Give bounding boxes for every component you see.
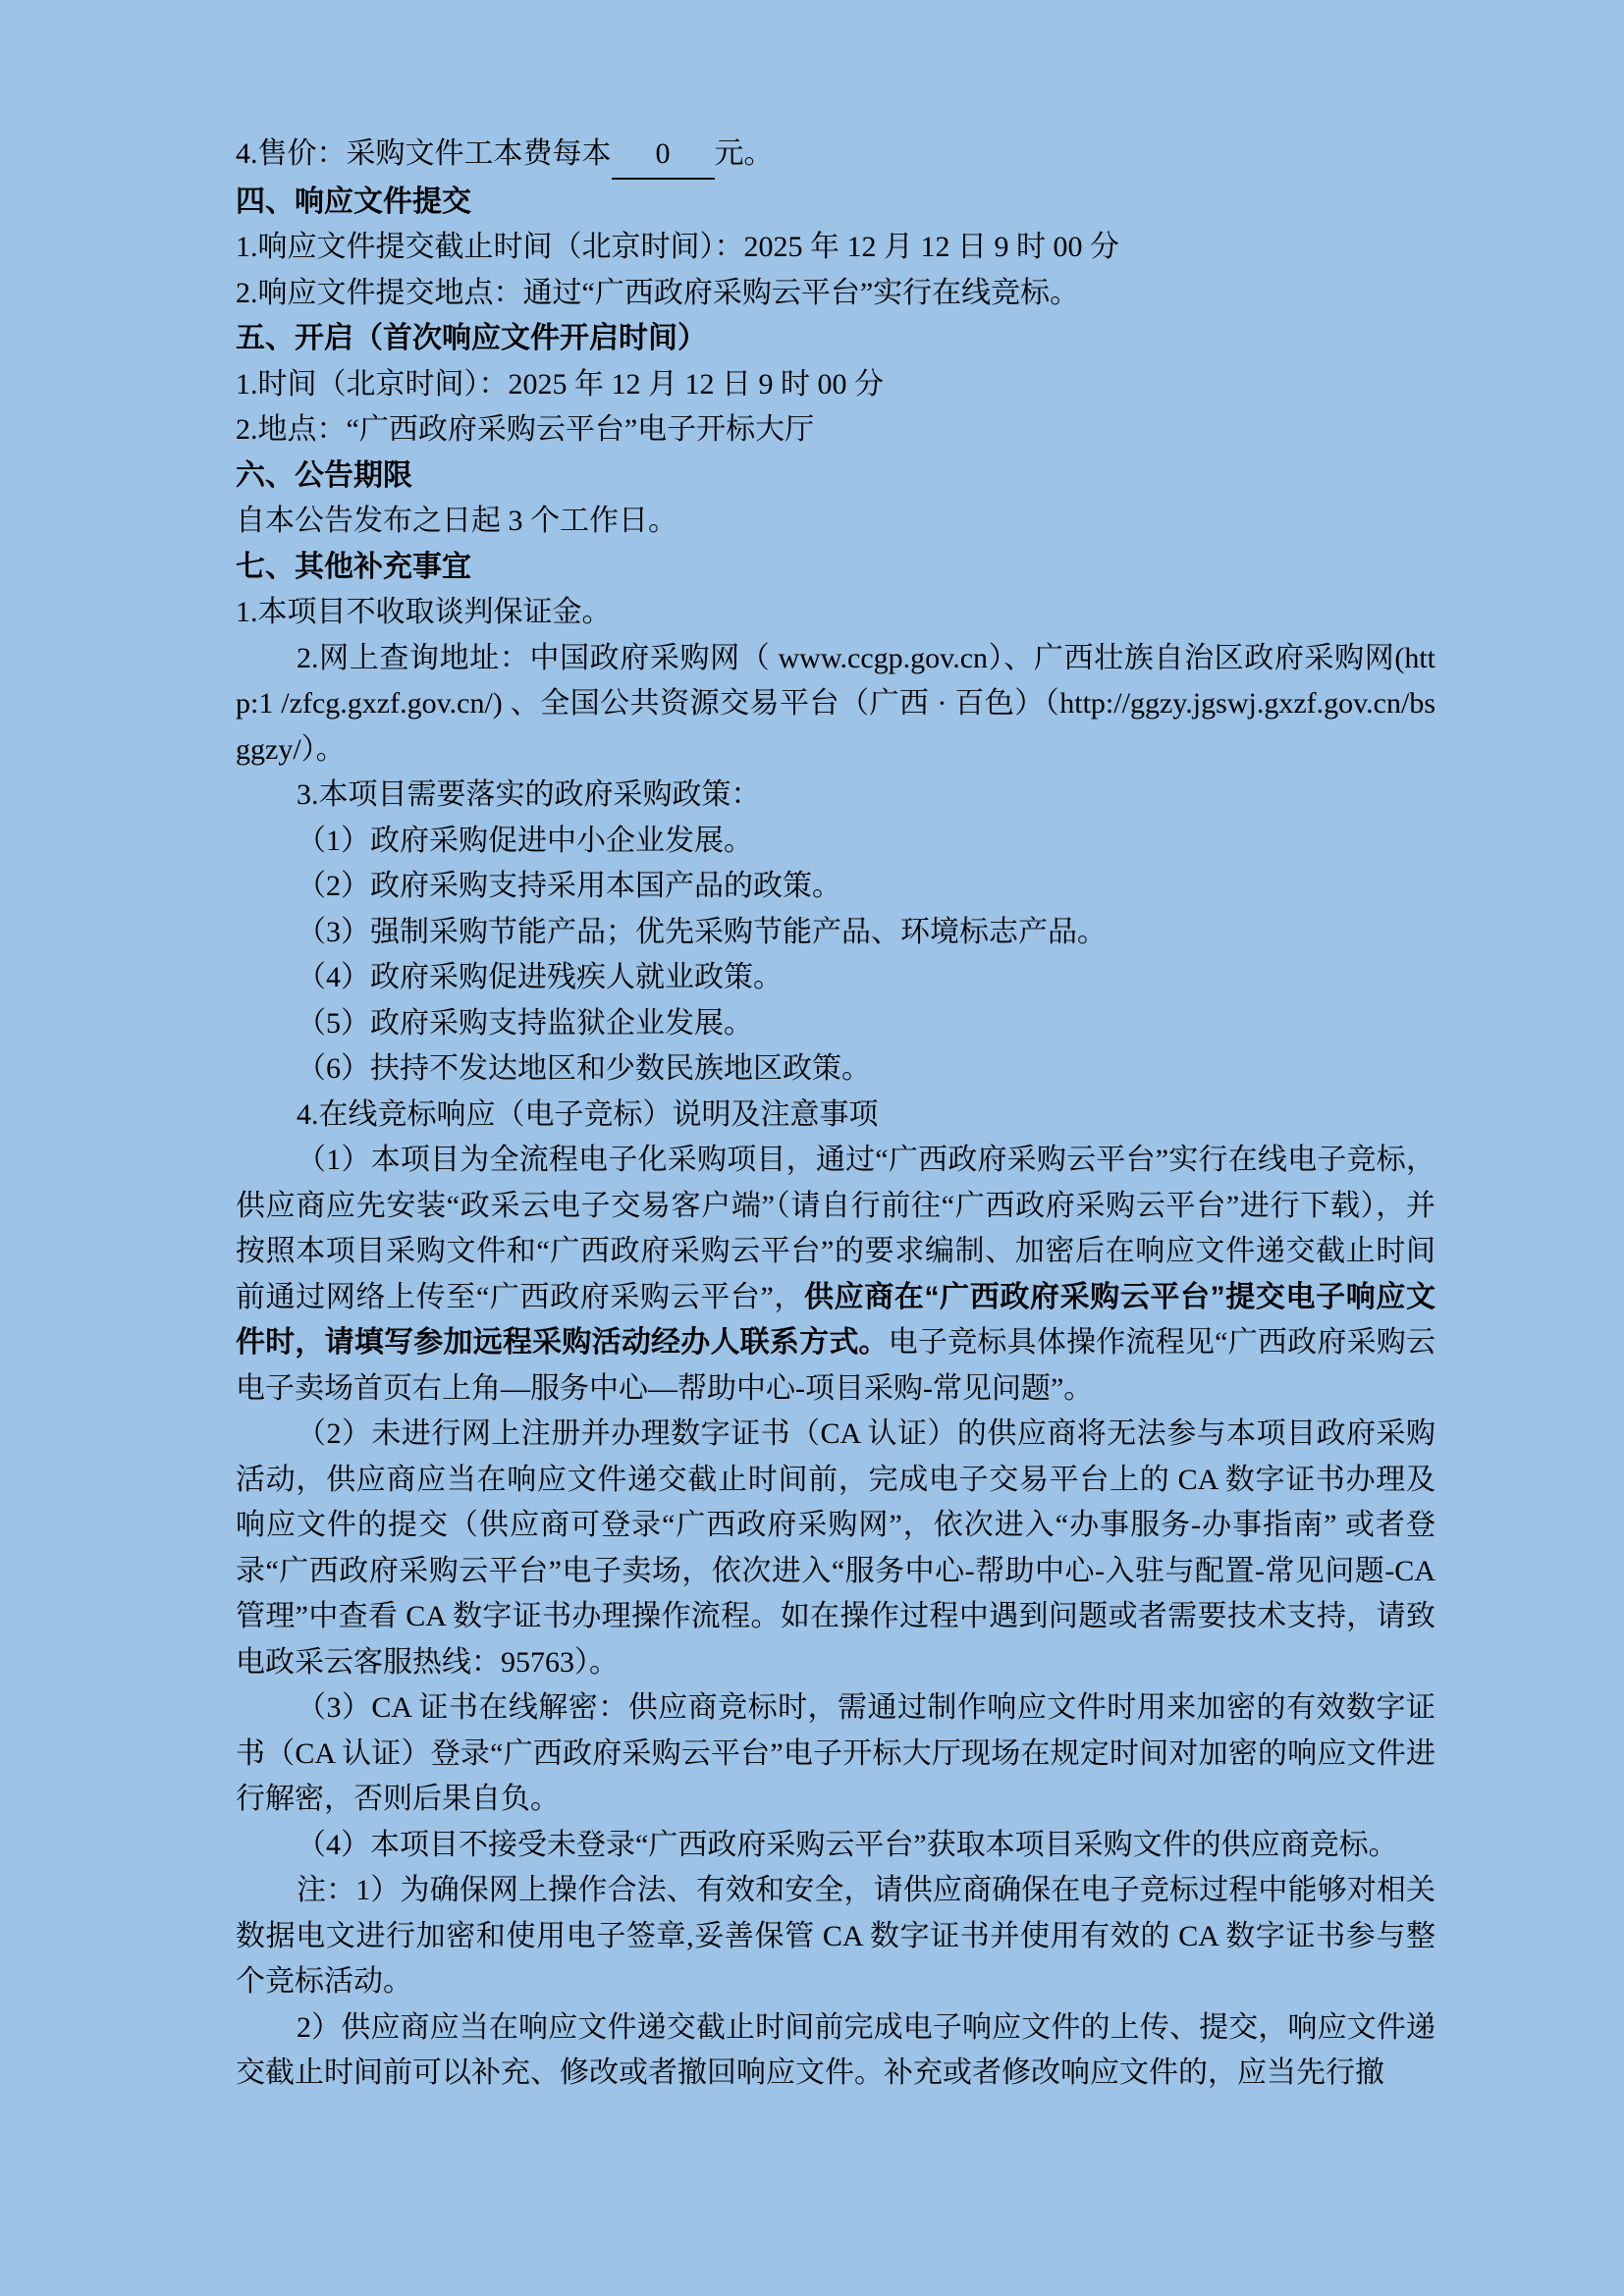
heading-section-4: 四、响应文件提交 xyxy=(236,180,1435,226)
policy-item-1: （1）政府采购促进中小企业发展。 xyxy=(236,819,1435,865)
online-bidding-notes-title: 4.在线竞标响应（电子竞标）说明及注意事项 xyxy=(236,1093,1435,1139)
announcement-period: 自本公告发布之日起 3 个工作日。 xyxy=(236,499,1435,545)
opening-location: 2.地点：“广西政府采购云平台”电子开标大厅 xyxy=(236,407,1435,454)
document-page: { "page": { "background_color": "#9dc3e6… xyxy=(0,0,1624,2296)
note-no-deposit: 1.本项目不收取谈判保证金。 xyxy=(236,590,1435,636)
document-body: 4.售价：采购文件工本费每本0元。 四、响应文件提交 1.响应文件提交截止时间（… xyxy=(236,132,1435,2097)
policy-item-6: （6）扶持不发达地区和少数民族地区政策。 xyxy=(236,1046,1435,1093)
online-query-addresses: 2.网上查询地址：中国政府采购网（ www.ccgp.gov.cn）、广西壮族自… xyxy=(236,636,1435,774)
submission-deadline: 1.响应文件提交截止时间（北京时间）：2025 年 12 月 12 日 9 时 … xyxy=(236,225,1435,271)
online-bidding-note-3: （3）CA 证书在线解密：供应商竞标时，需通过制作响应文件时用来加密的有效数字证… xyxy=(236,1685,1435,1823)
policy-item-5: （5）政府采购支持监狱企业发展。 xyxy=(236,1001,1435,1047)
heading-section-6: 六、公告期限 xyxy=(236,454,1435,500)
policy-item-2: （2）政府采购支持采用本国产品的政策。 xyxy=(236,864,1435,910)
policy-item-4: （4）政府采购促进残疾人就业政策。 xyxy=(236,955,1435,1001)
price-line: 4.售价：采购文件工本费每本0元。 xyxy=(236,132,1435,180)
procurement-policies-intro: 3.本项目需要落实的政府采购政策： xyxy=(236,773,1435,819)
heading-section-5: 五、开启（首次响应文件开启时间） xyxy=(236,316,1435,362)
online-bidding-note-1: （1）本项目为全流程电子化采购项目，通过“广西政府采购云平台”实行在线电子竞标，… xyxy=(236,1138,1435,1412)
submission-location: 2.响应文件提交地点：通过“广西政府采购云平台”实行在线竞标。 xyxy=(236,271,1435,317)
remark-2: 2）供应商应当在响应文件递交截止时间前完成电子响应文件的上传、提交，响应文件递交… xyxy=(236,2005,1435,2097)
price-line-prefix: 4.售价：采购文件工本费每本 xyxy=(236,137,612,170)
opening-time: 1.时间（北京时间）：2025 年 12 月 12 日 9 时 00 分 xyxy=(236,362,1435,408)
online-bidding-note-2: （2）未进行网上注册并办理数字证书（CA 认证）的供应商将无法参与本项目政府采购… xyxy=(236,1412,1435,1685)
remark-1: 注：1）为确保网上操作合法、有效和安全，请供应商确保在电子竞标过程中能够对相关数… xyxy=(236,1868,1435,2005)
price-line-suffix: 元。 xyxy=(715,137,774,170)
policy-item-3: （3）强制采购节能产品；优先采购节能产品、环境标志产品。 xyxy=(236,910,1435,956)
heading-section-7: 七、其他补充事宜 xyxy=(236,545,1435,591)
price-blank-value: 0 xyxy=(612,132,715,180)
online-bidding-note-4: （4）本项目不接受未登录“广西政府采购云平台”获取本项目采购文件的供应商竞标。 xyxy=(236,1823,1435,1869)
